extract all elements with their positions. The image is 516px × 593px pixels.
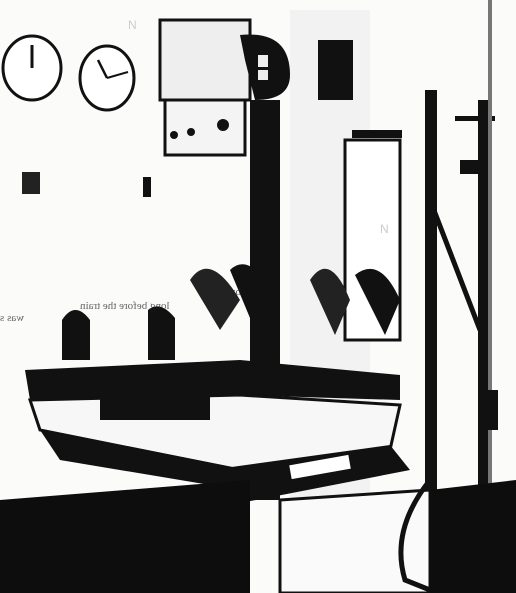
watermark-n: N [128, 18, 137, 32]
wall-switch [143, 177, 151, 197]
apparatus-photo [0, 0, 516, 593]
right-clock-icon [80, 46, 134, 110]
bleed-text-was: was s [0, 312, 24, 324]
bleed-text-train: long before the train [80, 300, 170, 312]
photograph: by long before the train was s N N [0, 0, 516, 593]
watermark-n-2: N [380, 222, 389, 236]
left-clock-icon [3, 36, 61, 100]
bleed-text-by: by [230, 286, 241, 298]
wall-sign [22, 172, 40, 194]
